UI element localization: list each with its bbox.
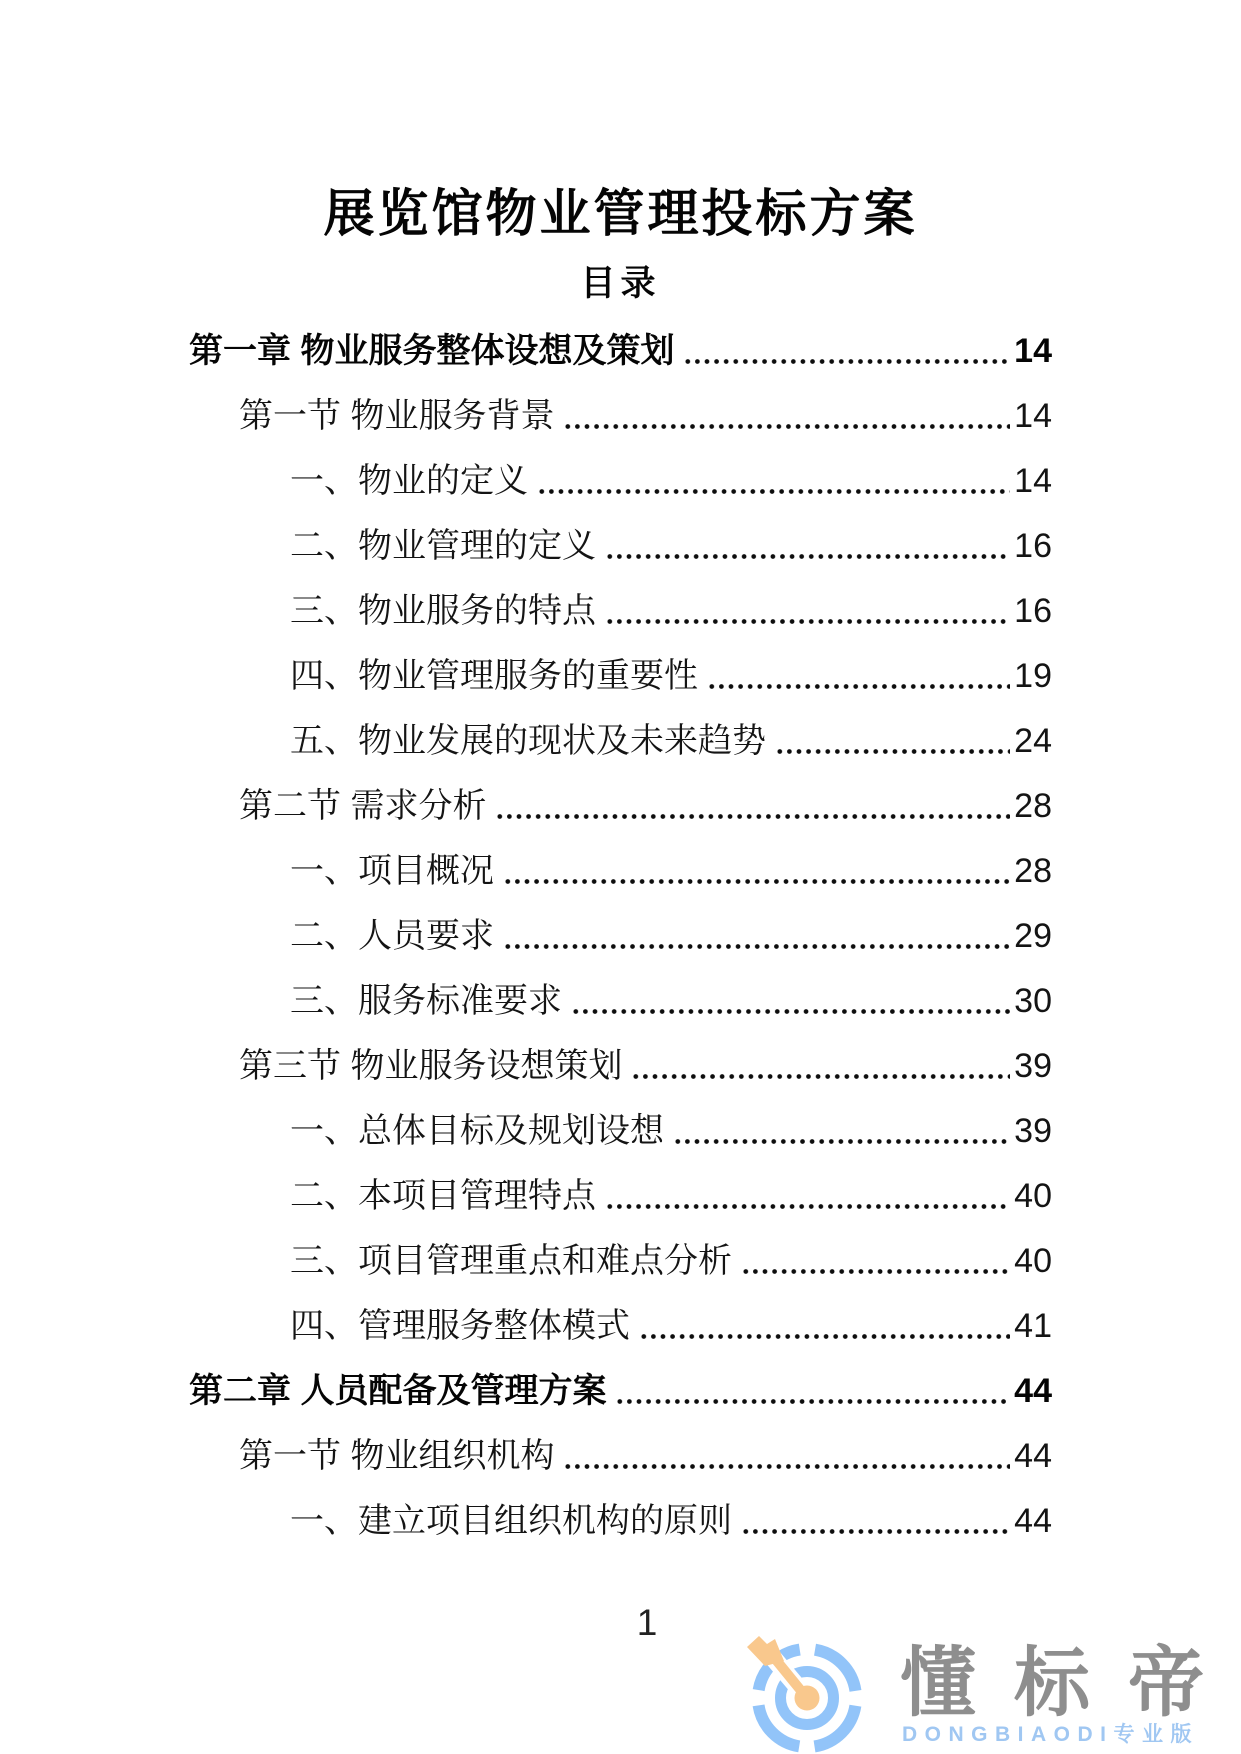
toc-entry-label: 第二章 人员配备及管理方案 xyxy=(189,1359,606,1424)
toc-entry: 二、物业管理的定义16 xyxy=(189,514,1052,579)
toc-entry: 二、人员要求29 xyxy=(189,904,1052,969)
toc-entry-label: 一、项目概况 xyxy=(290,839,494,904)
toc-leader-dots xyxy=(495,774,1010,839)
toc-entry-label: 四、管理服务整体模式 xyxy=(290,1294,630,1359)
toc-leader-dots xyxy=(775,709,1010,774)
toc-entry-page: 16 xyxy=(1014,514,1052,579)
toc-entry-page: 24 xyxy=(1014,709,1052,774)
toc-entry-page: 14 xyxy=(1014,449,1052,514)
toc-entry-label: 第一节 物业服务背景 xyxy=(239,384,554,449)
toc-entry: 第二章 人员配备及管理方案44 xyxy=(189,1359,1052,1424)
toc-entry-label: 一、建立项目组织机构的原则 xyxy=(290,1489,732,1554)
watermark-logo: 懂标帝 DONGBIAODI专业版 xyxy=(744,1560,1224,1754)
toc-entry: 第三节 物业服务设想策划39 xyxy=(189,1034,1052,1099)
toc-entry-page: 39 xyxy=(1014,1034,1052,1099)
toc-entry-page: 16 xyxy=(1014,579,1052,644)
toc-entry-label: 三、物业服务的特点 xyxy=(290,579,596,644)
toc-entry: 第一节 物业组织机构44 xyxy=(189,1424,1052,1489)
toc-entry-label: 二、物业管理的定义 xyxy=(290,514,596,579)
toc-entry-page: 39 xyxy=(1014,1099,1052,1164)
toc-entry-label: 三、项目管理重点和难点分析 xyxy=(290,1229,732,1294)
toc-leader-dots xyxy=(605,579,1010,644)
toc-entry: 二、本项目管理特点40 xyxy=(189,1164,1052,1229)
toc-entry: 四、物业管理服务的重要性19 xyxy=(189,644,1052,709)
toc-leader-dots xyxy=(741,1489,1010,1554)
toc-heading: 目录 xyxy=(0,256,1241,306)
toc-leader-dots xyxy=(563,384,1010,449)
toc-leader-dots xyxy=(683,319,1010,384)
toc-entry: 一、物业的定义14 xyxy=(189,449,1052,514)
toc-entry-page: 40 xyxy=(1014,1229,1052,1294)
toc-entry-label: 一、总体目标及规划设想 xyxy=(290,1099,664,1164)
toc-entry-label: 第三节 物业服务设想策划 xyxy=(239,1034,622,1099)
toc-entry: 一、建立项目组织机构的原则44 xyxy=(189,1489,1052,1554)
toc-leader-dots xyxy=(639,1294,1010,1359)
toc-leader-dots xyxy=(673,1099,1010,1164)
toc-entry-label: 五、物业发展的现状及未来趋势 xyxy=(290,709,766,774)
toc-entry-page: 41 xyxy=(1014,1294,1052,1359)
toc-leader-dots xyxy=(537,449,1010,514)
toc-leader-dots xyxy=(605,514,1010,579)
toc-entry: 一、项目概况28 xyxy=(189,839,1052,904)
toc-entry-page: 44 xyxy=(1014,1489,1052,1554)
document-title: 展览馆物业管理投标方案 xyxy=(0,172,1241,246)
watermark-brand-cn: 懂标帝 xyxy=(900,1646,1241,1722)
toc-leader-dots xyxy=(503,839,1010,904)
toc-leader-dots xyxy=(631,1034,1010,1099)
target-arrow-icon xyxy=(744,1634,864,1754)
toc-entry-page: 40 xyxy=(1014,1164,1052,1229)
toc-entry-page: 44 xyxy=(1014,1424,1052,1489)
toc-entry-page: 14 xyxy=(1014,319,1052,384)
toc-entry-page: 30 xyxy=(1014,969,1052,1034)
toc-entry-label: 第一章 物业服务整体设想及策划 xyxy=(189,319,674,384)
toc-leader-dots xyxy=(615,1359,1010,1424)
toc-entry: 三、物业服务的特点16 xyxy=(189,579,1052,644)
toc-entry-page: 14 xyxy=(1014,384,1052,449)
toc-leader-dots xyxy=(563,1424,1010,1489)
toc-entry-label: 四、物业管理服务的重要性 xyxy=(290,644,698,709)
toc-entry: 三、项目管理重点和难点分析40 xyxy=(189,1229,1052,1294)
toc-entry-page: 29 xyxy=(1014,904,1052,969)
toc-entry-label: 二、本项目管理特点 xyxy=(290,1164,596,1229)
toc-entry: 第一章 物业服务整体设想及策划14 xyxy=(189,319,1052,384)
toc-entry-label: 第一节 物业组织机构 xyxy=(239,1424,554,1489)
document-page: 展览馆物业管理投标方案 目录 第一章 物业服务整体设想及策划14第一节 物业服务… xyxy=(0,0,1241,1754)
toc-leader-dots xyxy=(741,1229,1010,1294)
toc-entry-page: 28 xyxy=(1014,839,1052,904)
toc-leader-dots xyxy=(503,904,1010,969)
toc-entry: 五、物业发展的现状及未来趋势24 xyxy=(189,709,1052,774)
toc-leader-dots xyxy=(605,1164,1010,1229)
toc-leader-dots xyxy=(707,644,1010,709)
toc-list: 第一章 物业服务整体设想及策划14第一节 物业服务背景14一、物业的定义14二、… xyxy=(189,319,1052,1554)
toc-entry-label: 三、服务标准要求 xyxy=(290,969,562,1034)
footer-page-number: 1 xyxy=(547,1602,747,1644)
toc-entry-label: 二、人员要求 xyxy=(290,904,494,969)
toc-leader-dots xyxy=(571,969,1010,1034)
toc-entry-label: 一、物业的定义 xyxy=(290,449,528,514)
toc-entry-label: 第二节 需求分析 xyxy=(239,774,486,839)
toc-entry: 第二节 需求分析28 xyxy=(189,774,1052,839)
toc-entry: 第一节 物业服务背景14 xyxy=(189,384,1052,449)
toc-entry-page: 44 xyxy=(1014,1359,1052,1424)
toc-entry-page: 28 xyxy=(1014,774,1052,839)
toc-entry: 三、服务标准要求30 xyxy=(189,969,1052,1034)
toc-entry: 四、管理服务整体模式41 xyxy=(189,1294,1052,1359)
watermark-brand-en: DONGBIAODI专业版 xyxy=(902,1722,1199,1747)
toc-entry: 一、总体目标及规划设想39 xyxy=(189,1099,1052,1164)
toc-entry-page: 19 xyxy=(1014,644,1052,709)
